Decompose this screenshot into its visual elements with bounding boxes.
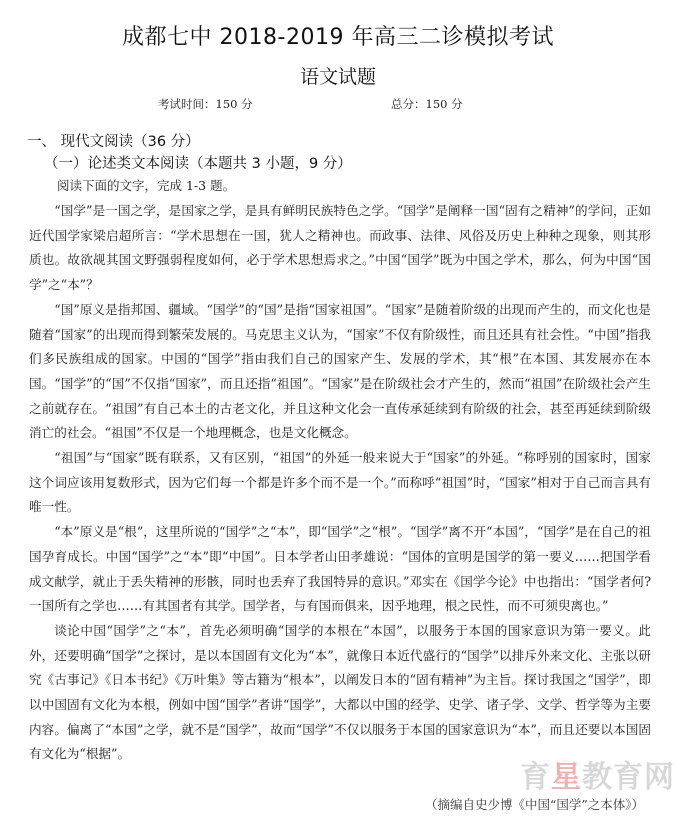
exam-title: 成都七中 2018-2019 年高三二诊模拟考试: [0, 20, 676, 51]
passage-paragraph: “国学”是一国之学，是国家之学，是具有鲜明民族特色之学。“国学”是阐释一国“固有…: [29, 199, 651, 298]
section-heading: 一、 现代文阅读（36 分）: [27, 130, 200, 151]
passage-citation: （摘编自史少博《中国“国学”之本体》）: [425, 795, 644, 813]
reading-instruction: 阅读下面的文字，完成 1-3 题。: [57, 176, 235, 194]
passage-paragraph: 谈论中国“国学”之“本”，首先必须明确“国学的本根在“本国”，以服务于本国的国家…: [29, 619, 651, 767]
exam-time: 考试时间：150 分: [158, 96, 253, 112]
passage-paragraph: “国”原义是指邦国、疆域。“国学”的“国”是指“国家祖国”。“国家”是随着阶级的…: [29, 298, 651, 446]
passage-paragraph: “本”原义是“根”，这里所说的“国学”之“本”，即“国学”之“根”。“国学”离不…: [29, 520, 651, 619]
exam-page: 成都七中 2018-2019 年高三二诊模拟考试 语文试题 考试时间：150 分…: [0, 0, 676, 836]
total-score: 总分：150 分: [391, 96, 463, 112]
exam-subject-title: 语文试题: [0, 62, 676, 89]
passage-paragraph: “祖国”与“国家”既有联系，又有区别，“祖国”的外延一般来说大于“国家”的外延。…: [29, 446, 651, 520]
subsection-heading: （一）论述类文本阅读（本题共 3 小题，9 分）: [44, 152, 352, 173]
passage-body: “国学”是一国之学，是国家之学，是具有鲜明民族特色之学。“国学”是阐释一国“固有…: [29, 199, 651, 767]
